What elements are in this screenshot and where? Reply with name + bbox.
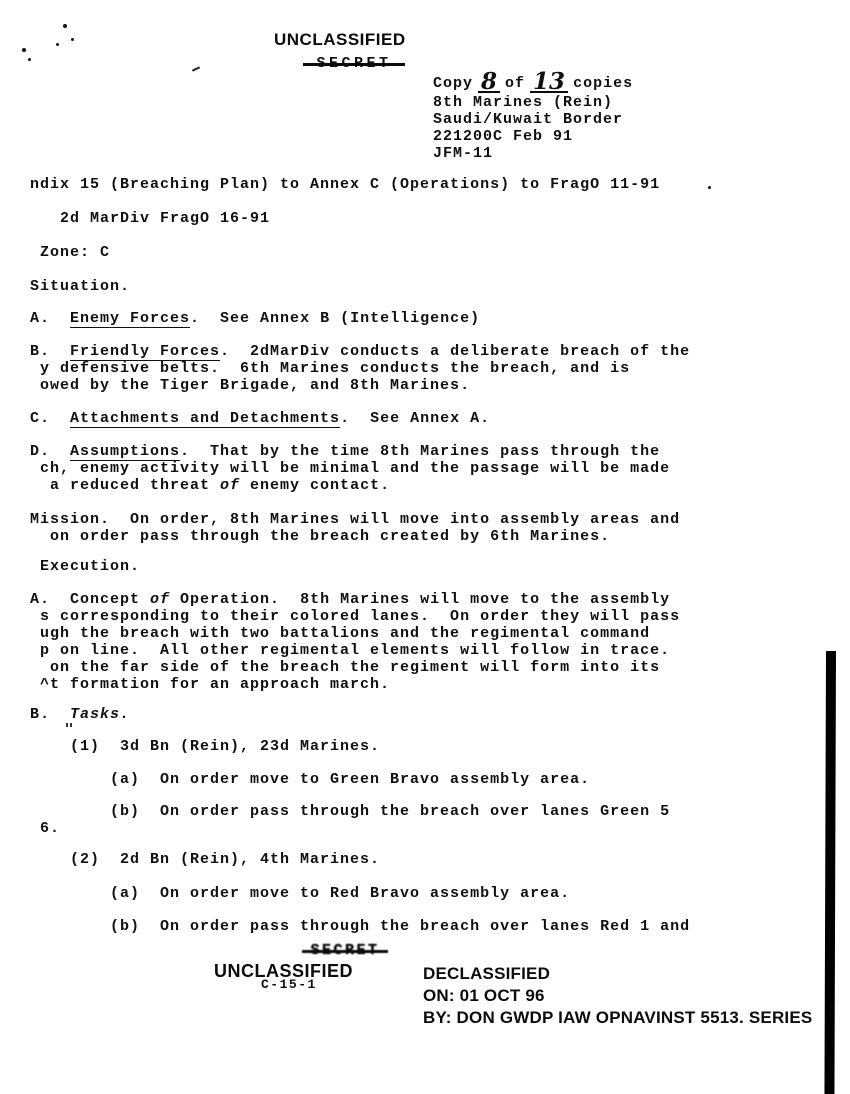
scan-speck — [708, 186, 711, 189]
body-paragraph: B. Friendly Forces. 2dMarDiv conducts a … — [30, 343, 690, 394]
text-segment: of — [220, 477, 240, 494]
text-segment: (2) 2d Bn (Rein), 4th Marines. — [30, 851, 380, 868]
text-line: y defensive belts. 6th Marines conducts … — [30, 360, 690, 377]
body-paragraph: (1) 3d Bn (Rein), 23d Marines. — [30, 738, 380, 755]
text-line: B. Tasks. — [30, 706, 130, 723]
text-line: A. Enemy Forces. See Annex B (Intelligen… — [30, 310, 480, 327]
issuing-unit-block: 8th Marines (Rein) Saudi/Kuwait Border 2… — [433, 94, 623, 162]
text-segment: (a) On order move to Red Bravo assembly … — [30, 885, 570, 902]
message-reference: JFM-11 — [433, 145, 623, 162]
text-segment: Mission. On order, 8th Marines will move… — [30, 511, 680, 528]
secret-stamp-struck-bottom: SECRET — [302, 943, 388, 959]
underlined-text-segment: Attachments and Detachments — [70, 410, 340, 428]
body-paragraph: B. Tasks. — [30, 706, 130, 723]
text-line: C. Attachments and Detachments. See Anne… — [30, 410, 490, 427]
text-line: Zone: C — [30, 244, 110, 261]
text-line: D. Assumptions. That by the time 8th Mar… — [30, 443, 670, 460]
text-line: s corresponding to their colored lanes. … — [30, 608, 680, 625]
scan-speck — [56, 43, 59, 46]
strikethrough-line — [303, 63, 405, 66]
text-segment: (1) 3d Bn (Rein), 23d Marines. — [30, 738, 380, 755]
scan-speck — [71, 38, 74, 41]
scan-quote-mark — [66, 723, 68, 727]
text-segment: ugh the breach with two battalions and t… — [30, 625, 650, 642]
body-paragraph: A. Concept of Operation. 8th Marines wil… — [30, 591, 680, 693]
text-line: ugh the breach with two battalions and t… — [30, 625, 680, 642]
text-segment: Situation. — [30, 278, 130, 295]
underlined-text-segment: Friendly Forces — [70, 343, 220, 361]
text-segment: Zone: C — [30, 244, 110, 261]
body-paragraph: (a) On order move to Green Bravo assembl… — [30, 771, 590, 788]
text-segment: (b) On order pass through the breach ove… — [30, 918, 690, 935]
text-line: owed by the Tiger Brigade, and 8th Marin… — [30, 377, 690, 394]
body-paragraph: C. Attachments and Detachments. See Anne… — [30, 410, 490, 427]
text-line: ch, enemy activity will be minimal and t… — [30, 460, 670, 477]
text-line: ^t formation for an approach march. — [30, 676, 680, 693]
underlined-text-segment: Enemy Forces — [70, 310, 190, 328]
text-segment: enemy contact. — [240, 477, 390, 494]
text-segment: on order pass through the breach created… — [30, 528, 610, 545]
text-line: 6. — [30, 820, 670, 837]
body-paragraph: 2d MarDiv FragO 16-91 — [30, 210, 270, 227]
text-line: on order pass through the breach created… — [30, 528, 680, 545]
handwritten-total-copies: 13 — [530, 73, 568, 93]
text-segment: Execution. — [30, 558, 140, 575]
scan-speck — [22, 48, 26, 52]
text-segment: s corresponding to their colored lanes. … — [30, 608, 680, 625]
text-segment: ^t formation for an approach march. — [30, 676, 390, 693]
copy-suffix: copies — [573, 75, 633, 92]
body-paragraph: ndix 15 (Breaching Plan) to Annex C (Ope… — [30, 176, 660, 193]
text-line: (2) 2d Bn (Rein), 4th Marines. — [30, 851, 380, 868]
text-line: Mission. On order, 8th Marines will move… — [30, 511, 680, 528]
text-line: Situation. — [30, 278, 130, 295]
text-segment: ndix 15 (Breaching Plan) to Annex C (Ope… — [30, 176, 660, 193]
document-page: UNCLASSIFIED SECRET Copy8of13copies 8th … — [0, 0, 850, 1094]
text-line: on the far side of the breach the regime… — [30, 659, 680, 676]
declassified-label: DECLASSIFIED — [423, 963, 812, 985]
text-line: ndix 15 (Breaching Plan) to Annex C (Ope… — [30, 176, 660, 193]
body-paragraph: (b) On order pass through the breach ove… — [30, 918, 690, 935]
text-segment: . See Annex A. — [340, 410, 490, 427]
scan-speck — [63, 24, 67, 28]
text-line: A. Concept of Operation. 8th Marines wil… — [30, 591, 680, 608]
text-segment: . See Annex B (Intelligence) — [190, 310, 480, 327]
declassification-stamp: DECLASSIFIED ON: 01 OCT 96 BY: DON GWDP … — [423, 963, 812, 1029]
copy-prefix: Copy — [433, 75, 473, 92]
body-paragraph: Execution. — [30, 558, 140, 575]
text-segment: B. — [30, 343, 70, 360]
text-line: (b) On order pass through the breach ove… — [30, 803, 670, 820]
body-paragraph: (b) On order pass through the breach ove… — [30, 803, 670, 837]
text-line: a reduced threat of enemy contact. — [30, 477, 670, 494]
body-paragraph: Zone: C — [30, 244, 110, 261]
body-paragraph: D. Assumptions. That by the time 8th Mar… — [30, 443, 670, 494]
text-line: (a) On order move to Green Bravo assembl… — [30, 771, 590, 788]
text-segment: C. — [30, 410, 70, 427]
text-line: (b) On order pass through the breach ove… — [30, 918, 690, 935]
text-segment: A. Concept — [30, 591, 150, 608]
body-paragraph: Mission. On order, 8th Marines will move… — [30, 511, 680, 545]
strikethrough-line — [302, 950, 388, 953]
redaction-bar — [824, 651, 836, 1094]
text-line: Execution. — [30, 558, 140, 575]
text-segment: of — [150, 591, 170, 608]
unit-line: 8th Marines (Rein) — [433, 94, 623, 111]
unclassified-stamp-top: UNCLASSIFIED — [274, 30, 406, 50]
body-paragraph: A. Enemy Forces. See Annex B (Intelligen… — [30, 310, 480, 327]
text-segment: 2d MarDiv FragO 16-91 — [30, 210, 270, 227]
scan-quote-mark — [70, 723, 72, 727]
text-segment: . That by the time 8th Marines pass thro… — [180, 443, 660, 460]
text-segment: y defensive belts. 6th Marines conducts … — [30, 360, 630, 377]
handwritten-copy-number: 8 — [478, 73, 500, 93]
location-line: Saudi/Kuwait Border — [433, 111, 623, 128]
copy-count-line: Copy8of13copies — [433, 71, 633, 92]
text-segment: owed by the Tiger Brigade, and 8th Marin… — [30, 377, 470, 394]
declassified-date: ON: 01 OCT 96 — [423, 985, 812, 1007]
underlined-text-segment: Assumptions — [70, 443, 180, 461]
date-time-group: 221200C Feb 91 — [433, 128, 623, 145]
body-paragraph: (a) On order move to Red Bravo assembly … — [30, 885, 570, 902]
text-segment: (b) On order pass through the breach ove… — [30, 803, 670, 820]
text-line: 2d MarDiv FragO 16-91 — [30, 210, 270, 227]
copy-of: of — [505, 75, 525, 92]
page-number: C-15-1 — [261, 977, 317, 992]
scan-slash-mark — [192, 66, 200, 71]
text-line: (1) 3d Bn (Rein), 23d Marines. — [30, 738, 380, 755]
text-segment: Operation. 8th Marines will move to the … — [170, 591, 670, 608]
text-segment: 6. — [30, 820, 60, 837]
body-paragraph: Situation. — [30, 278, 130, 295]
text-segment: on the far side of the breach the regime… — [30, 659, 660, 676]
text-segment: . 2dMarDiv conducts a deliberate breach … — [220, 343, 690, 360]
secret-stamp-struck-top: SECRET — [303, 56, 405, 72]
text-segment: A. — [30, 310, 70, 327]
text-segment: (a) On order move to Green Bravo assembl… — [30, 771, 590, 788]
scan-speck — [28, 58, 31, 61]
text-segment: p on line. All other regimental elements… — [30, 642, 670, 659]
text-line: B. Friendly Forces. 2dMarDiv conducts a … — [30, 343, 690, 360]
text-line: p on line. All other regimental elements… — [30, 642, 680, 659]
text-segment: ch, enemy activity will be minimal and t… — [30, 460, 670, 477]
declassified-authority: BY: DON GWDP IAW OPNAVINST 5513. SERIES — [423, 1007, 812, 1029]
text-segment: D. — [30, 443, 70, 460]
text-segment: B. — [30, 706, 70, 723]
text-segment: a reduced threat — [30, 477, 220, 494]
text-line: (a) On order move to Red Bravo assembly … — [30, 885, 570, 902]
body-paragraph: (2) 2d Bn (Rein), 4th Marines. — [30, 851, 380, 868]
text-segment: Tasks. — [70, 706, 130, 723]
